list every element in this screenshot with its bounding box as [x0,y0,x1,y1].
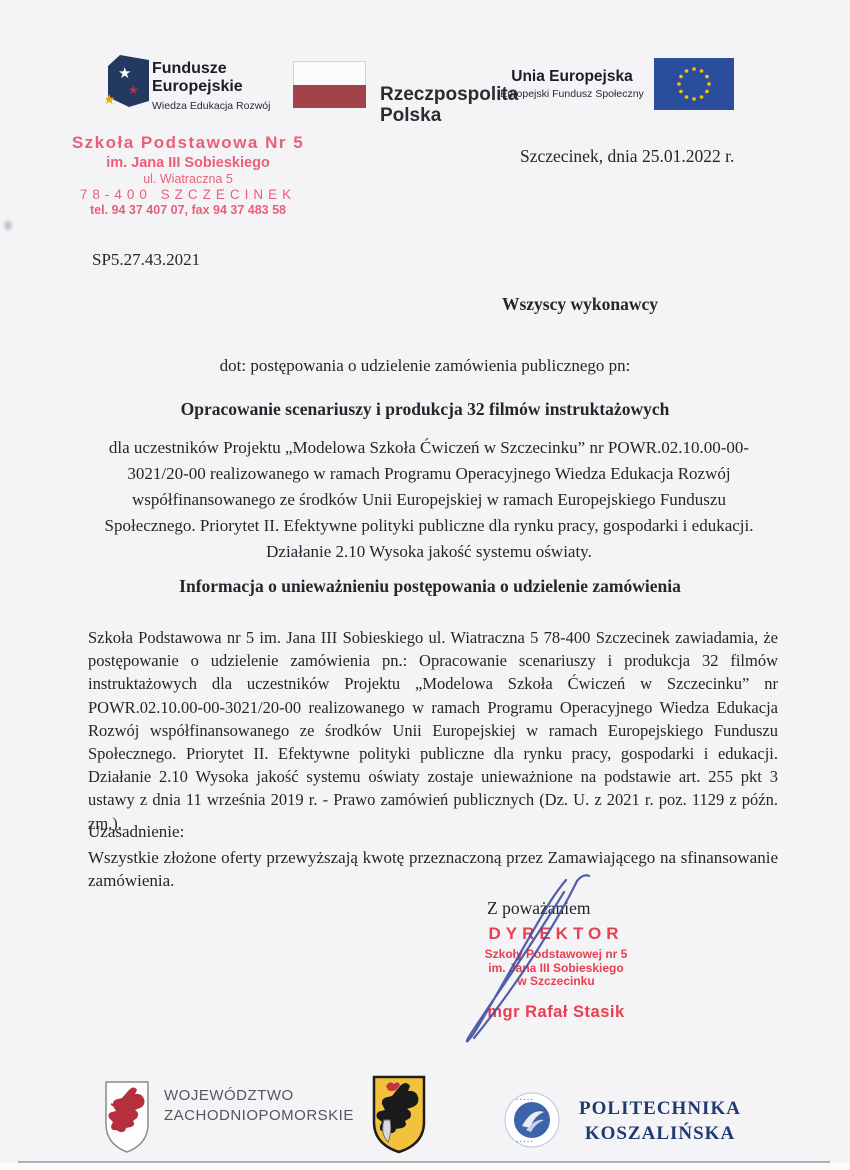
poland-flag-red-stripe [293,85,366,108]
svg-text:• • • • •: • • • • • [516,1097,533,1102]
voivodeship-label-line2: ZACHODNIOPOMORSKIE [164,1106,354,1126]
school-stamp-city: 78-400 SZCZECINEK [30,187,346,202]
reference-number: SP5.27.43.2021 [92,250,200,270]
svg-text:• • • • •: • • • • • [516,1139,533,1144]
addressee: Wszyscy wykonawcy [420,294,740,315]
voivodeship-label: WOJEWÓDZTWO ZACHODNIOPOMORSKIE [164,1086,354,1126]
annulment-heading: Informacja o unieważnieniu postępowania … [0,576,850,597]
eu-label-title: Unia Europejska [498,68,646,86]
poland-flag-white-stripe [293,61,366,85]
poland-label-line2: Polska [380,105,518,126]
voivodeship-label-line1: WOJEWÓDZTWO [164,1086,354,1106]
closing-phrase: Z poważaniem [487,898,591,919]
politechnika-label-line1: POLITECHNIKA [560,1096,760,1121]
school-stamp-patron: im. Jana III Sobieskiego [30,155,346,171]
eu-funds-flag-icon: ★ ★ ★ [106,54,150,108]
school-stamp-street: ul. Wiatraczna 5 [30,172,346,186]
school-stamp-name: Szkoła Podstawowa Nr 5 [30,133,346,153]
school-address-stamp: Szkoła Podstawowa Nr 5 im. Jana III Sobi… [30,133,346,217]
school-stamp-phone: tel. 94 37 407 07, fax 94 37 483 58 [30,203,346,217]
unia-europejska-label: Unia Europejska Europejski Fundusz Społe… [498,68,646,100]
fe-title-line1: Fundusze [152,60,270,78]
subject-title: Opracowanie scenariuszy i produkcja 32 f… [0,399,850,420]
director-stamp: DYREKTOR Szkoły Podstawowej nr 5 im. Jan… [428,924,684,1022]
project-description-paragraph: dla uczestników Projektu „Modelowa Szkoł… [95,435,763,565]
director-stamp-title: DYREKTOR [428,924,684,944]
fundusze-europejskie-logo-text: Fundusze Europejskie Wiedza Edukacja Roz… [152,60,270,112]
annulment-body-paragraph: Szkoła Podstawowa nr 5 im. Jana III Sobi… [88,626,778,835]
eu-flag-icon [654,58,734,110]
scanned-letter-page: ★ ★ ★ Fundusze Europejskie Wiedza Edukac… [0,0,850,1170]
director-signer-name: mgr Rafał Stasik [428,1003,684,1022]
koszalin-tech-emblem-icon: • • • • • • • • • • [504,1092,560,1148]
svg-text:★: ★ [106,92,116,108]
politechnika-label-line2: KOSZALIŃSKA [560,1121,760,1146]
justification-text: Wszystkie złożone oferty przewyższają kw… [88,846,778,892]
eu-label-subtitle: Europejski Fundusz Społeczny [498,88,646,100]
justification-label: Uzasadnienie: [88,822,184,842]
politechnika-label: POLITECHNIKA KOSZALIŃSKA [560,1096,760,1146]
date-line: Szczecinek, dnia 25.01.2022 r. [520,146,734,167]
svg-text:★: ★ [118,64,131,82]
director-stamp-line4: w Szczecinku [428,975,684,989]
scan-smudge [2,218,14,233]
fe-title-line2: Europejskie [152,78,270,96]
subject-intro: dot: postępowania o udzielenie zamówieni… [0,356,850,376]
director-stamp-line2: Szkoły Podstawowej nr 5 [428,948,684,962]
svg-text:★: ★ [128,83,139,97]
scan-edge-strip [0,1163,850,1170]
szczecinek-griffin-crest-icon [370,1074,428,1154]
poland-flag-icon [293,61,366,107]
west-pomeranian-griffin-crest-icon [103,1080,151,1154]
fe-subtitle: Wiedza Edukacja Rozwój [152,100,270,112]
director-stamp-line3: im. Jana III Sobieskiego [428,962,684,976]
